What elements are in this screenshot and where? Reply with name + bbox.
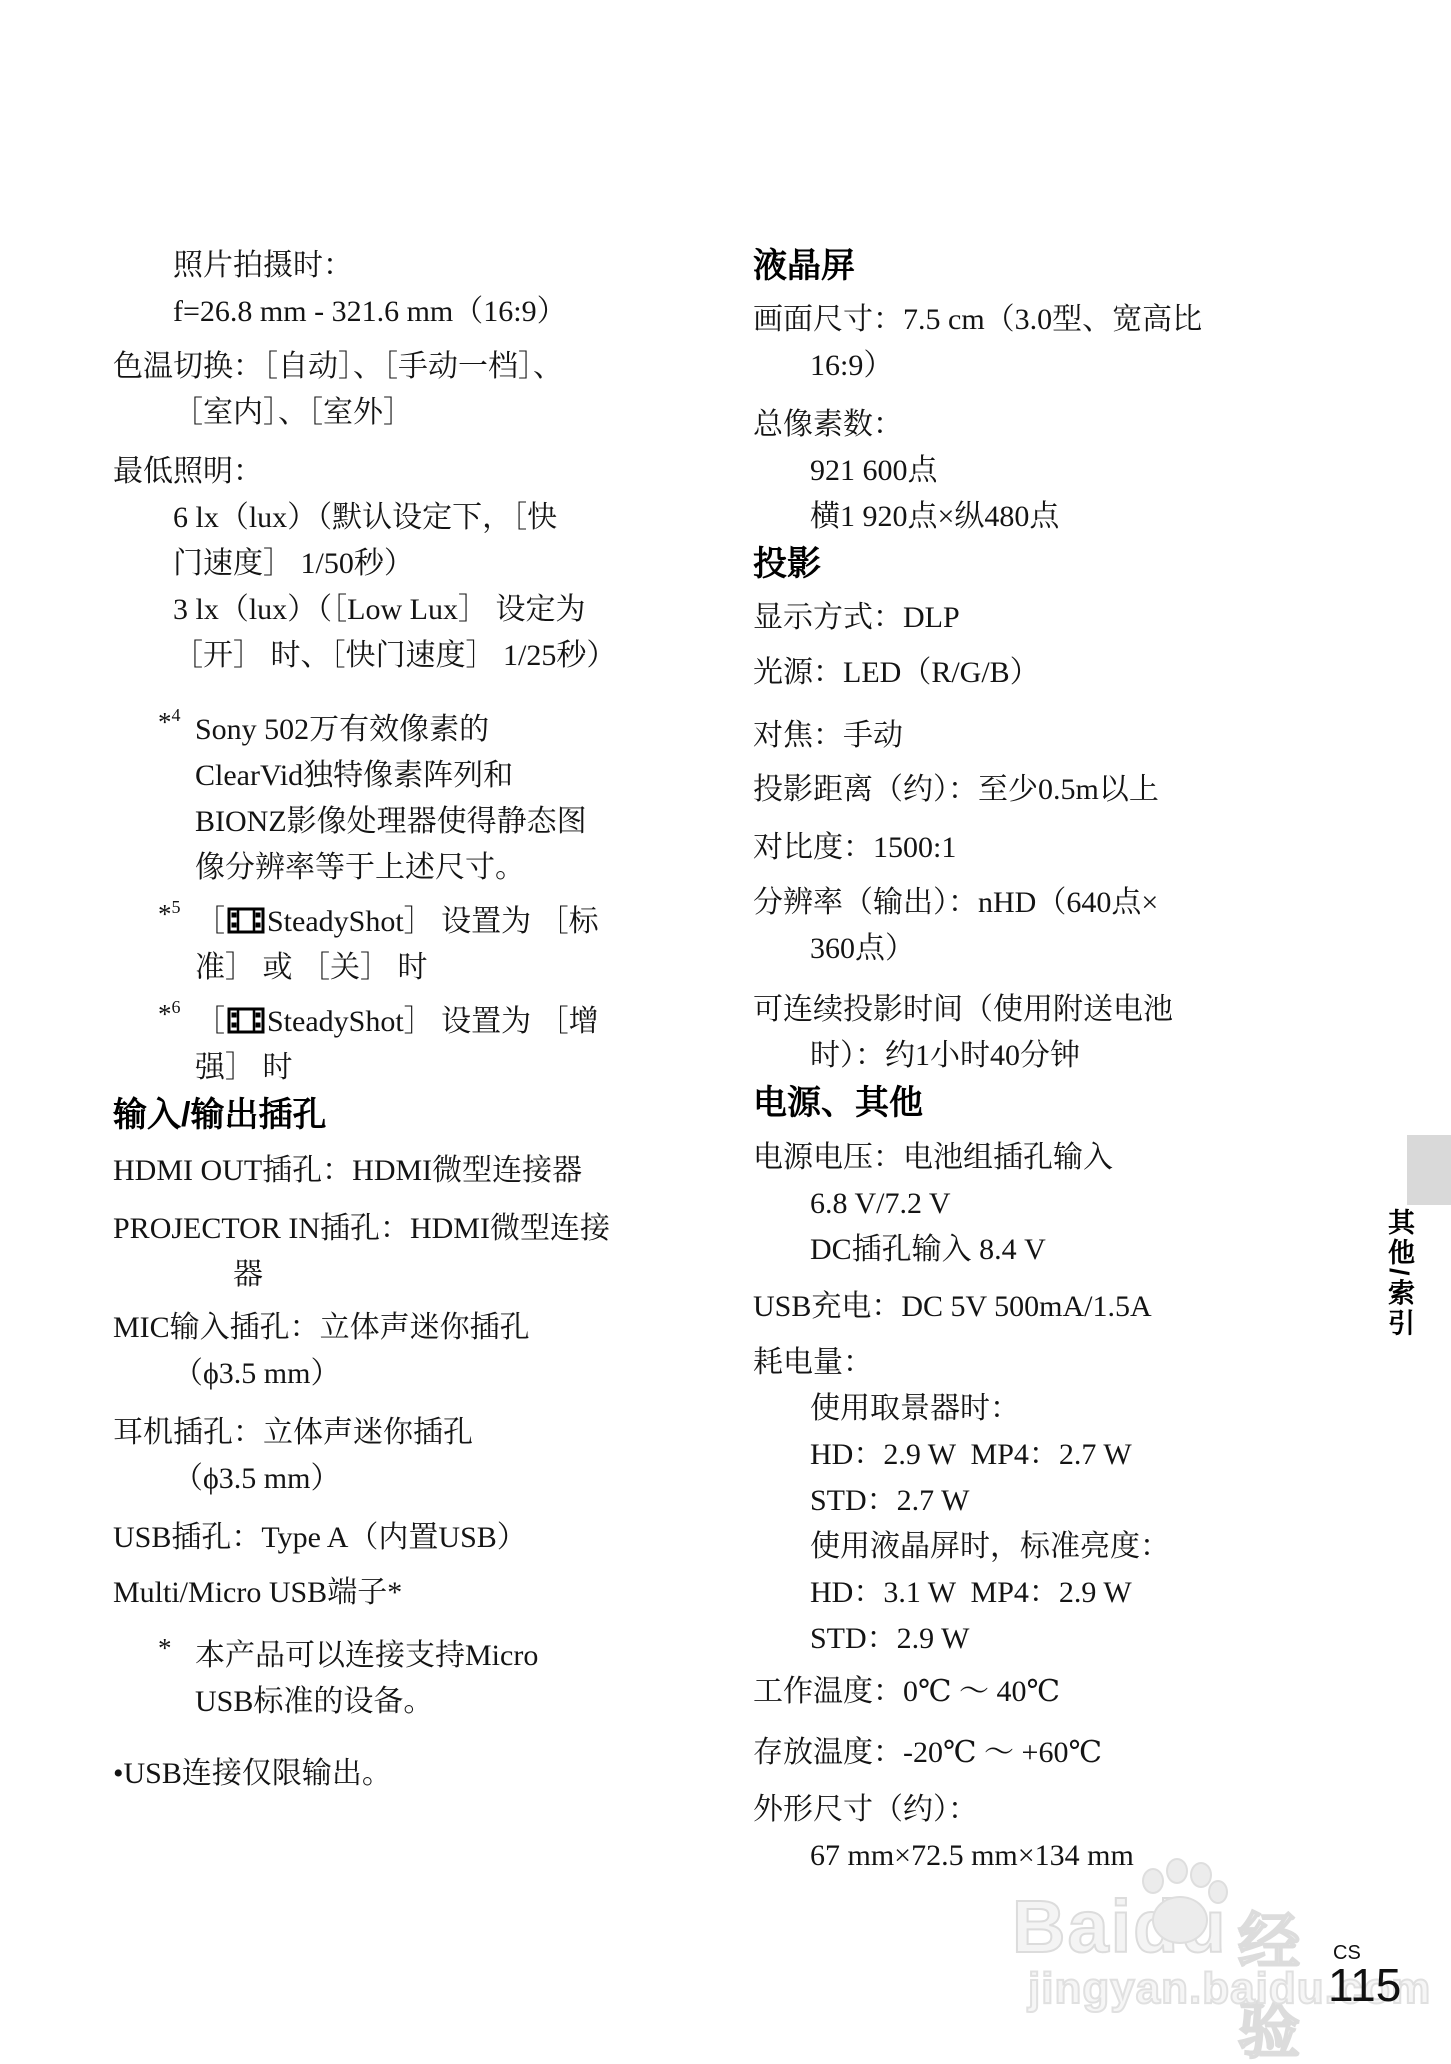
spec-line: 画面尺寸：7.5 cm（3.0型、宽高比 <box>753 297 1363 343</box>
spec-line: 可连续投影时间（使用附送电池 <box>753 987 1363 1033</box>
spec-dimensions: 外形尺寸（约）： 67 mm×72.5 mm×134 mm <box>753 1787 1363 1879</box>
footnote-line: 强］ 时 <box>195 1045 693 1091</box>
spec-display-type: 显示方式：DLP <box>753 595 1363 641</box>
spec-line: STD：2.9 W <box>753 1616 1363 1662</box>
spec-line: 3 lx（lux）（［Low Lux］ 设定为 <box>113 587 693 633</box>
footnote-line: ClearVid独特像素阵列和 <box>195 753 693 799</box>
footnote-6: *6 ［SteadyShot］ 设置为 ［增 强］ 时 <box>113 999 693 1091</box>
spec-line: USB充电：DC 5V 500mA/1.5A <box>753 1284 1363 1330</box>
spec-multi-micro-usb: Multi/Micro USB端子* <box>113 1570 693 1616</box>
spec-power-consumption: 耗电量： 使用取景器时： HD：2.9 W MP4：2.7 W STD：2.7 … <box>753 1340 1363 1662</box>
spec-line: 921 600点 <box>753 448 1363 494</box>
footnote-line: 准］ 或 ［关］ 时 <box>195 945 693 991</box>
left-column: 照片拍摄时： f=26.8 mm - 321.6 mm（16:9） 色温切换：［… <box>113 243 693 1797</box>
spec-light-source: 光源：LED（R/G/B） <box>753 650 1363 696</box>
spec-storage-temp: 存放温度：-20℃ ～ +60℃ <box>753 1730 1363 1776</box>
spec-line: DC插孔输入 8.4 V <box>753 1227 1363 1273</box>
section-heading-lcd: 液晶屏 <box>753 242 1363 290</box>
footnote-text: SteadyShot］ 设置为 ［增 <box>267 1005 599 1038</box>
movie-film-icon <box>227 907 265 934</box>
spec-line: HD：3.1 W MP4：2.9 W <box>753 1570 1363 1616</box>
spec-line: 耳机插孔：立体声迷你插孔 <box>113 1410 693 1456</box>
spec-line: Multi/Micro USB端子* <box>113 1570 693 1616</box>
spec-line: 分辨率（输出）：nHD（640点× <box>753 880 1363 926</box>
footnote-line: USB标准的设备。 <box>195 1679 693 1725</box>
section-heading-io: 输入/输出插孔 <box>113 1091 693 1139</box>
footnote-line: ［SteadyShot］ 设置为 ［增 <box>195 999 693 1045</box>
movie-film-icon <box>227 1007 265 1034</box>
spec-line: ［开］ 时、［快门速度］ 1/25秒） <box>113 633 693 679</box>
spec-line: 电源电压：电池组插孔输入 <box>753 1135 1363 1181</box>
footnote-line: 像分辨率等于上述尺寸。 <box>195 845 693 891</box>
spec-line: 使用液晶屏时，标准亮度： <box>753 1524 1363 1570</box>
spec-line: 外形尺寸（约）： <box>753 1787 1363 1833</box>
spec-total-pixels: 总像素数： 921 600点 横1 920点×纵480点 <box>753 402 1363 540</box>
spec-line: 横1 920点×纵480点 <box>753 494 1363 540</box>
spec-line: USB插孔：Type A（内置USB） <box>113 1515 693 1561</box>
spec-line: 照片拍摄时： <box>113 243 693 289</box>
spec-line: f=26.8 mm - 321.6 mm（16:9） <box>113 289 693 335</box>
bracket-open: ［ <box>195 1005 225 1038</box>
spec-line: 16:9） <box>753 343 1363 389</box>
footnote-marker: *5 <box>158 899 181 930</box>
section-tab-marker <box>1407 1135 1451 1205</box>
spec-line: （ϕ3.5 mm） <box>113 1456 693 1502</box>
spec-contrast: 对比度：1500:1 <box>753 825 1363 871</box>
spec-line: 时）：约1小时40分钟 <box>753 1033 1363 1079</box>
spec-line: 使用取景器时： <box>753 1386 1363 1432</box>
spec-line: 显示方式：DLP <box>753 595 1363 641</box>
footnote-line: ［SteadyShot］ 设置为 ［标 <box>195 899 693 945</box>
footnote-text: SteadyShot］ 设置为 ［标 <box>267 905 599 938</box>
footnote-line: BIONZ影像处理器使得静态图 <box>195 799 693 845</box>
spec-line: 投影距离（约）：至少0.5m以上 <box>753 767 1363 813</box>
spec-line: 光源：LED（R/G/B） <box>753 650 1363 696</box>
spec-line: 对焦：手动 <box>753 713 1363 759</box>
right-column: 液晶屏 画面尺寸：7.5 cm（3.0型、宽高比 16:9） 总像素数： 921… <box>753 242 1363 1879</box>
footnote-5: *5 ［SteadyShot］ 设置为 ［标 准］ 或 ［关］ 时 <box>113 899 693 991</box>
footnote-4: *4 Sony 502万有效像素的 ClearVid独特像素阵列和 BIONZ影… <box>113 707 693 891</box>
spec-power-voltage: 电源电压：电池组插孔输入 6.8 V/7.2 V DC插孔输入 8.4 V <box>753 1135 1363 1273</box>
spec-line: HDMI OUT插孔：HDMI微型连接器 <box>113 1148 693 1194</box>
footnote-asterisk: * 本产品可以连接支持Micro USB标准的设备。 <box>113 1633 693 1725</box>
spec-hdmi-out: HDMI OUT插孔：HDMI微型连接器 <box>113 1148 693 1194</box>
spec-white-balance: 色温切换：［自动］、［手动一档］、 ［室内］、［室外］ <box>113 344 693 436</box>
spec-line: 工作温度：0℃ ～ 40℃ <box>753 1669 1363 1715</box>
spec-focus: 对焦：手动 <box>753 713 1363 759</box>
spec-line: 67 mm×72.5 mm×134 mm <box>753 1833 1363 1879</box>
spec-line: STD：2.7 W <box>753 1478 1363 1524</box>
sidebar-section-label: 其他/索引 <box>1380 1208 1419 1378</box>
section-heading-projector: 投影 <box>753 540 1363 588</box>
spec-line: 耗电量： <box>753 1340 1363 1386</box>
spec-line: 对比度：1500:1 <box>753 825 1363 871</box>
spec-line: 存放温度：-20℃ ～ +60℃ <box>753 1730 1363 1776</box>
spec-line: 360点） <box>753 926 1363 972</box>
spec-line: HD：2.9 W MP4：2.7 W <box>753 1432 1363 1478</box>
footnote-marker: *6 <box>158 999 181 1030</box>
spec-projector-in: PROJECTOR IN插孔：HDMI微型连接 器 <box>113 1206 693 1298</box>
footnote-line: 本产品可以连接支持Micro <box>195 1633 693 1679</box>
spec-headphone-jack: 耳机插孔：立体声迷你插孔 （ϕ3.5 mm） <box>113 1410 693 1502</box>
spec-line: 色温切换：［自动］、［手动一档］、 <box>113 344 693 390</box>
spec-screen-size: 画面尺寸：7.5 cm（3.0型、宽高比 16:9） <box>753 297 1363 389</box>
spec-line: ［室内］、［室外］ <box>113 390 693 436</box>
bracket-open: ［ <box>195 905 225 938</box>
spec-line: 器 <box>113 1252 693 1298</box>
spec-mic-input: MIC输入插孔：立体声迷你插孔 （ϕ3.5 mm） <box>113 1305 693 1397</box>
footnote-marker: *4 <box>158 707 181 738</box>
spec-resolution: 分辨率（输出）：nHD（640点× 360点） <box>753 880 1363 972</box>
note-usb-output-only: •USB连接仅限输出。 <box>113 1751 693 1797</box>
spec-line: 总像素数： <box>753 402 1363 448</box>
spec-usb-charging: USB充电：DC 5V 500mA/1.5A <box>753 1284 1363 1330</box>
spec-line: 最低照明： <box>113 449 693 495</box>
manual-page: Baidu 经验 jingyan.baidu.com 照片拍摄时： f=26.8… <box>0 0 1451 2064</box>
spec-line: 6 lx（lux）（默认设定下，［快 <box>113 495 693 541</box>
footnote-marker: * <box>158 1633 172 1664</box>
footnote-line: Sony 502万有效像素的 <box>195 707 693 753</box>
spec-photo-capture: 照片拍摄时： f=26.8 mm - 321.6 mm（16:9） <box>113 243 693 335</box>
spec-line: •USB连接仅限输出。 <box>113 1751 693 1797</box>
spec-line: （ϕ3.5 mm） <box>113 1351 693 1397</box>
page-number: 115 <box>1328 1960 1401 2010</box>
spec-line: 6.8 V/7.2 V <box>753 1181 1363 1227</box>
spec-usb-jack: USB插孔：Type A（内置USB） <box>113 1515 693 1561</box>
spec-projection-time: 可连续投影时间（使用附送电池 时）：约1小时40分钟 <box>753 987 1363 1079</box>
section-heading-power: 电源、其他 <box>753 1079 1363 1127</box>
spec-min-illumination: 最低照明： 6 lx（lux）（默认设定下，［快 门速度］ 1/50秒） 3 l… <box>113 449 693 679</box>
spec-line: PROJECTOR IN插孔：HDMI微型连接 <box>113 1206 693 1252</box>
spec-projection-distance: 投影距离（约）：至少0.5m以上 <box>753 767 1363 813</box>
spec-line: MIC输入插孔：立体声迷你插孔 <box>113 1305 693 1351</box>
spec-line: 门速度］ 1/50秒） <box>113 541 693 587</box>
spec-operating-temp: 工作温度：0℃ ～ 40℃ <box>753 1669 1363 1715</box>
